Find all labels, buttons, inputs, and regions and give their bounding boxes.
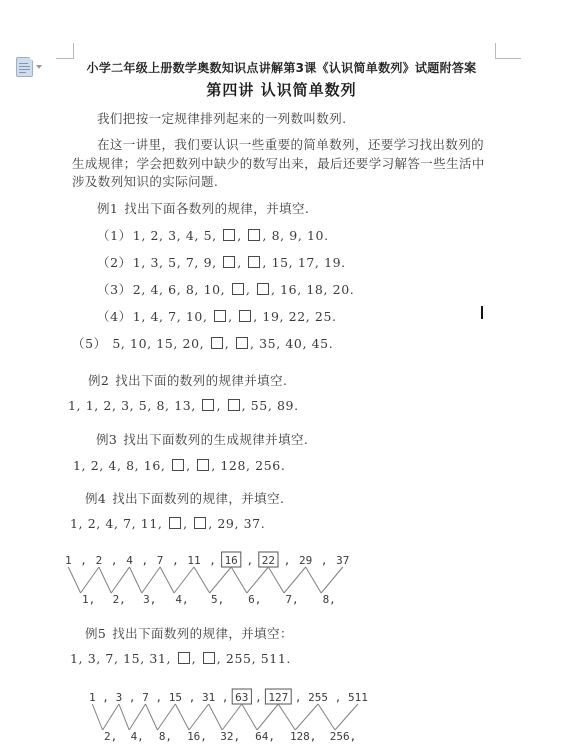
diagram-top-value: 255 [308, 691, 328, 704]
example4-sequence: 1, 2, 4, 7, 11, , , 29, 37. [70, 516, 265, 531]
diagram-difference-value: 32, [220, 730, 240, 743]
diagram-difference-value: 6, [248, 593, 261, 606]
item-sequence: 2, 4, 6, 8, 10, , , 16, 18, 20. [133, 282, 355, 297]
example-label: 例5 [85, 626, 106, 641]
blank-box [232, 283, 244, 295]
diagram-top-value: 2 [96, 554, 103, 567]
blank-box [228, 399, 240, 411]
difference-diagram-example5: 1,3,7,15,31,63,127,255,5112,4,8,16,32,64… [84, 686, 404, 744]
example3-sequence: 1, 2, 4, 8, 16, , , 128, 256. [73, 458, 285, 473]
diagram-difference-value: 128, [290, 730, 317, 743]
example-label: 例3 [96, 432, 117, 447]
blank-box [223, 229, 235, 241]
blank-box [214, 310, 226, 322]
diagram-difference-value: 2, [113, 593, 126, 606]
diagram-top-value: 63 [235, 691, 248, 704]
blank-box [178, 652, 190, 664]
document-page[interactable]: 小学二年级上册数学奥数知识点讲解第3课《认识简单数列》试题附答案 第四讲 认识简… [0, 0, 563, 747]
diagram-top-value: 15 [169, 691, 182, 704]
blank-box [257, 283, 269, 295]
diagram-difference-value: 4, [131, 730, 144, 743]
item-marker: （1） [97, 228, 132, 243]
diagram-top-value: 4 [126, 554, 133, 567]
sequence-item: （4）1, 4, 7, 10, , , 19, 22, 25. [97, 307, 354, 324]
diagram-top-value: 7 [157, 554, 164, 567]
blank-box [239, 310, 251, 322]
blank-box [211, 337, 223, 349]
diagram-top-value: 127 [268, 691, 288, 704]
item-sequence: 1, 4, 7, 10, , , 19, 22, 25. [133, 309, 337, 324]
item-sequence: 1, 2, 3, 4, 5, , , 8, 9, 10. [133, 228, 329, 243]
diagram-comma: , [111, 554, 118, 567]
blank-box [223, 256, 235, 268]
example2-sequence: 1, 1, 2, 3, 5, 8, 13, , , 55, 89. [68, 398, 299, 413]
example1-items: （1）1, 2, 3, 4, 5, , , 8, 9, 10.（2）1, 3, … [97, 226, 354, 361]
diagram-comma: , [295, 691, 302, 704]
diagram-difference-value: 16, [187, 730, 207, 743]
blank-box [202, 399, 214, 411]
blank-box [172, 459, 184, 471]
diagram-difference-value: 8, [159, 730, 172, 743]
item-marker: （2） [97, 255, 132, 270]
blank-box [203, 652, 215, 664]
example-prompt: 找出下面数列的规律，并填空. [112, 491, 284, 506]
diagram-top-value: 1 [89, 691, 96, 704]
diagram-comma: , [321, 554, 328, 567]
diagram-comma: , [189, 691, 196, 704]
diagram-comma: , [222, 691, 229, 704]
diagram-difference-value: 4, [175, 593, 188, 606]
example5-heading: 例5找出下面数列的规律，并填空： [85, 624, 293, 642]
intro-paragraph: 我们把按一定规律排列起来的一列数叫数列. [72, 110, 491, 129]
diagram-difference-value: 7, [285, 593, 298, 606]
margin-crop-mark-top-left-v [73, 43, 74, 59]
example-label: 例2 [88, 373, 109, 388]
item-marker: （5） [72, 336, 107, 351]
example-label: 例1 [97, 201, 118, 216]
margin-crop-mark-top-right-v [495, 43, 496, 59]
example-prompt: 找出下面数列的生成规律并填空. [123, 432, 308, 447]
example5-sequence: 1, 3, 7, 15, 31, , , 255, 511. [70, 651, 291, 666]
diagram-comma: , [335, 691, 342, 704]
diagram-difference-value: 5, [211, 593, 224, 606]
diagram-comma: , [284, 554, 291, 567]
difference-diagram-example4: 1,2,4,7,11,16,22,29,371,2,3,4,5,6,7,8, [60, 549, 360, 607]
diagram-top-value: 511 [348, 691, 368, 704]
example3-heading: 例3找出下面数列的生成规律并填空. [96, 430, 308, 448]
diagram-top-value: 29 [299, 554, 312, 567]
example2-heading: 例2找出下面的数列的规律并填空. [88, 371, 287, 389]
sequence-item: （2）1, 3, 5, 7, 9, , , 15, 17, 19. [97, 253, 354, 270]
diagram-difference-value: 3, [143, 593, 156, 606]
diagram-difference-value: 256, [330, 730, 357, 743]
item-sequence: 1, 3, 5, 7, 9, , , 15, 17, 19. [133, 255, 346, 270]
diagram-top-value: 1 [65, 554, 72, 567]
diagram-comma: , [246, 554, 253, 567]
blank-box [248, 256, 260, 268]
diagram-comma: , [172, 554, 179, 567]
blank-box [194, 517, 206, 529]
diagram-top-value: 37 [336, 554, 349, 567]
blank-box [236, 337, 248, 349]
text-cursor [481, 306, 483, 319]
diagram-comma: , [141, 554, 148, 567]
example-prompt: 找出下面的数列的规律并填空. [115, 373, 287, 388]
blank-box [169, 517, 181, 529]
diagram-top-value: 3 [116, 691, 123, 704]
diagram-difference-value: 1, [82, 593, 95, 606]
diagram-comma: , [209, 554, 216, 567]
sequence-item: （1）1, 2, 3, 4, 5, , , 8, 9, 10. [97, 226, 354, 243]
diagram-difference-value: 64, [255, 730, 275, 743]
example1-heading: 例1找出下面各数列的规律，并填空. [97, 199, 309, 217]
item-marker: （3） [97, 282, 132, 297]
diagram-top-value: 7 [142, 691, 149, 704]
blank-box [248, 229, 260, 241]
diagram-comma: , [129, 691, 136, 704]
diagram-comma: , [80, 554, 87, 567]
diagram-comma: , [255, 691, 262, 704]
section-heading: 第四讲 认识简单数列 [0, 79, 563, 100]
example-prompt: 找出下面数列的规律，并填空： [112, 626, 293, 641]
blank-box [197, 459, 209, 471]
item-sequence: 5, 10, 15, 20, , , 35, 40, 45. [108, 336, 334, 351]
example-prompt: 找出下面各数列的规律，并填空. [124, 201, 309, 216]
diagram-top-value: 16 [225, 554, 238, 567]
diagram-top-value: 11 [187, 554, 200, 567]
diagram-difference-value: 8, [323, 593, 336, 606]
item-marker: （4） [97, 309, 132, 324]
diagram-comma: , [102, 691, 109, 704]
document-title: 小学二年级上册数学奥数知识点讲解第3课《认识简单数列》试题附答案 [0, 59, 563, 76]
sequence-item: （3）2, 4, 6, 8, 10, , , 16, 18, 20. [97, 280, 354, 297]
example-label: 例4 [85, 491, 106, 506]
intro-paragraph: 在这一讲里，我们要认识一些重要的简单数列，还要学习找出数列的生成规律；学会把数列… [72, 136, 491, 192]
example4-heading: 例4找出下面数列的规律，并填空. [85, 489, 284, 507]
diagram-top-value: 31 [202, 691, 215, 704]
diagram-top-value: 22 [262, 554, 275, 567]
sequence-item: （5） 5, 10, 15, 20, , , 35, 40, 45. [72, 334, 354, 351]
diagram-difference-value: 2, [104, 730, 117, 743]
diagram-comma: , [155, 691, 162, 704]
